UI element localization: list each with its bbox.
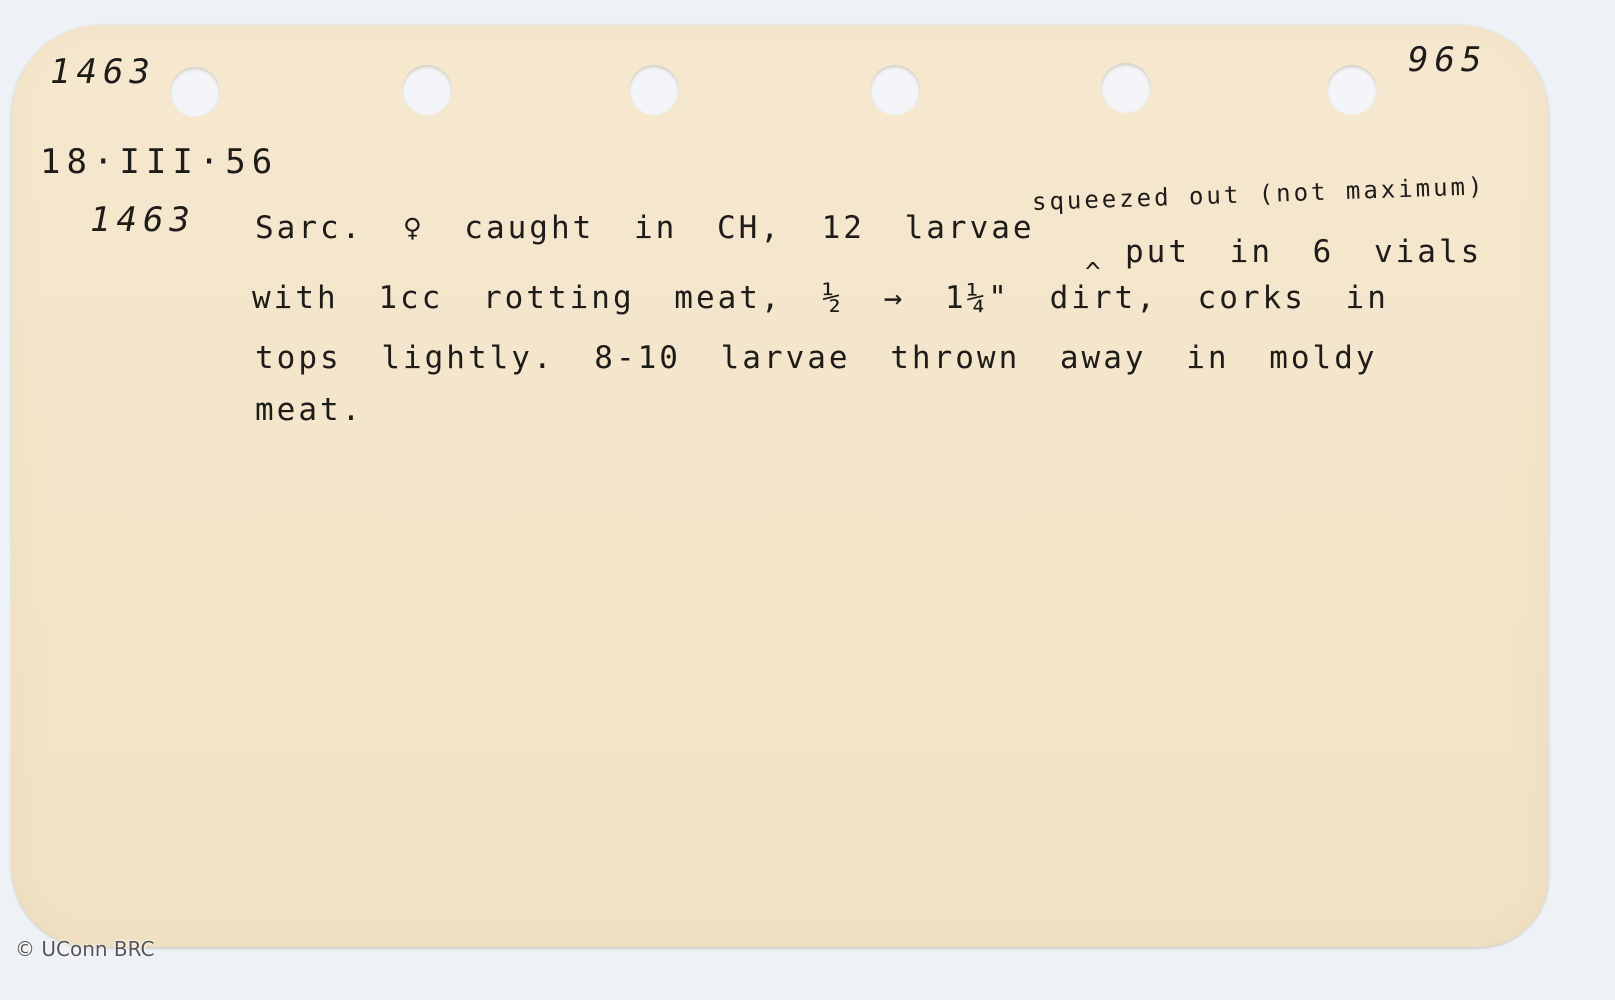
punch-hole xyxy=(870,65,920,115)
punch-hole xyxy=(629,65,679,115)
punch-hole xyxy=(1327,65,1377,115)
punch-hole xyxy=(402,65,452,115)
note-line-1-tail: put in 6 vials xyxy=(1125,234,1482,270)
card-number-top-right: 965 xyxy=(1408,40,1487,80)
note-line-3: tops lightly. 8-10 larvae thrown away in… xyxy=(255,340,1378,376)
record-date: 18·III·56 xyxy=(40,142,278,182)
copyright-notice: © UConn BRC xyxy=(15,937,155,961)
card-number-top-left: 1463 xyxy=(50,52,156,92)
note-line-2: with 1cc rotting meat, ½ → 1¼" dirt, cor… xyxy=(252,280,1389,316)
note-line-1: Sarc. ♀ caught in CH, 12 larvae xyxy=(255,210,1035,246)
punch-hole xyxy=(170,67,220,117)
note-line-4: meat. xyxy=(255,392,363,428)
punch-hole xyxy=(1101,63,1151,113)
entry-number: 1463 xyxy=(90,200,196,240)
